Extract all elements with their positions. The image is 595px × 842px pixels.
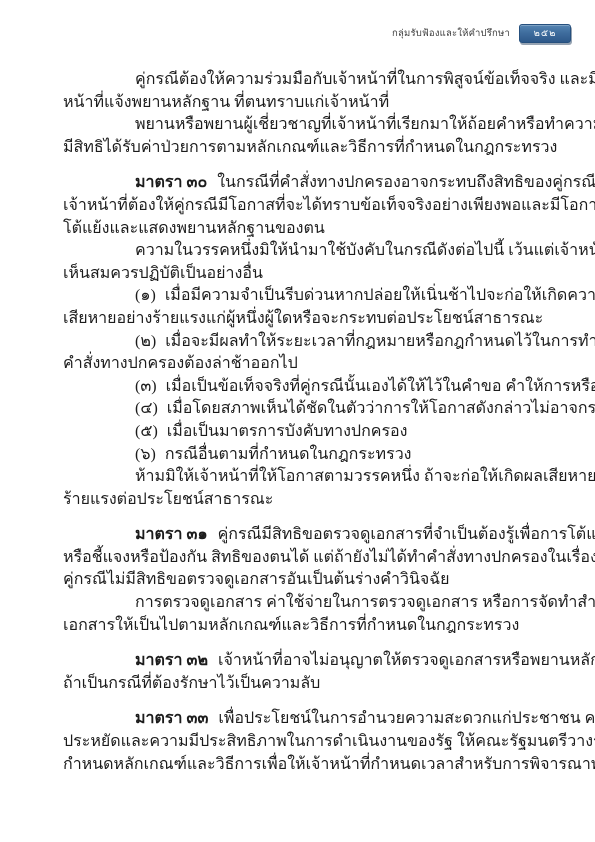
para-witness-fees: พยานหรือพยานผู้เชี่ยวชาญที่เจ้าหน้าที่เร… xyxy=(63,114,533,159)
item-3: (๓)เมื่อเป็นข้อเท็จจริงที่คู่กรณีนั้นเอง… xyxy=(63,376,533,399)
para-duty-cooperate-line-1: คู่กรณีต้องให้ความร่วมมือกับเจ้าหน้าที่ใ… xyxy=(63,69,533,92)
item-number: (๑) xyxy=(135,287,156,304)
section-33-line-1: มาตรา ๓๓เพื่อประโยชน์ในการอำนวยความสะดวก… xyxy=(63,708,533,731)
para-inspection-costs: การตรวจดูเอกสาร ค่าใช้จ่ายในการตรวจดูเอก… xyxy=(63,592,533,637)
para-inspection-costs-line-2: เอกสารให้เป็นไปตามหลักเกณฑ์และวิธีการที่… xyxy=(63,615,533,638)
section-30-line-3: โต้แย้งและแสดงพยานหลักฐานของตน xyxy=(63,218,533,241)
item-number: (๕) xyxy=(135,423,158,440)
para-section-30-prohibition-line-1: ห้ามมิให้เจ้าหน้าที่ให้โอกาสตามวรรคหนึ่ง… xyxy=(63,466,533,489)
section-30-line-2: เจ้าหน้าที่ต้องให้คู่กรณีมีโอกาสที่จะได้… xyxy=(63,195,533,218)
section-number: มาตรา ๓๑ xyxy=(135,526,208,543)
item-1-line-2: เสียหายอย่างร้ายแรงแก่ผู้หนึ่งผู้ใดหรือจ… xyxy=(63,308,533,331)
para-section-30-exceptions-intro: ความในวรรคหนึ่งมิให้นำมาใช้บังคับในกรณีด… xyxy=(63,240,533,285)
item-1: (๑)เมื่อมีความจำเป็นรีบด่วนหากปล่อยให้เน… xyxy=(63,285,533,330)
document-content: คู่กรณีต้องให้ความร่วมมือกับเจ้าหน้าที่ใ… xyxy=(63,69,533,776)
para-section-30-exceptions-intro-line-2: เห็นสมควรปฏิบัติเป็นอย่างอื่น xyxy=(63,263,533,286)
item-4: (๔)เมื่อโดยสภาพเห็นได้ชัดในตัวว่าการให้โ… xyxy=(63,398,533,421)
page-header: กลุ่มรับฟ้องและให้คำปรึกษา ๒๕๒ xyxy=(0,24,571,43)
para-duty-cooperate: คู่กรณีต้องให้ความร่วมมือกับเจ้าหน้าที่ใ… xyxy=(63,69,533,114)
para-duty-cooperate-line-2: หน้าที่แจ้งพยานหลักฐาน ที่ตนทราบแก่เจ้าห… xyxy=(63,92,533,115)
section-33: มาตรา ๓๓เพื่อประโยชน์ในการอำนวยความสะดวก… xyxy=(63,708,533,776)
item-6-line-1: (๖)กรณีอื่นตามที่กำหนดในกฎกระทรวง xyxy=(63,444,533,467)
section-32-line-1: มาตรา ๓๒เจ้าหน้าที่อาจไม่อนุญาตให้ตรวจดู… xyxy=(63,650,533,673)
page-number-badge: ๒๕๒ xyxy=(519,24,571,43)
section-number: มาตรา ๓๓ xyxy=(135,710,208,727)
para-inspection-costs-line-1: การตรวจดูเอกสาร ค่าใช้จ่ายในการตรวจดูเอก… xyxy=(63,592,533,615)
item-2-line-2: คำสั่งทางปกครองต้องล่าช้าออกไป xyxy=(63,353,533,376)
item-3-line-1: (๓)เมื่อเป็นข้อเท็จจริงที่คู่กรณีนั้นเอง… xyxy=(63,376,533,399)
para-witness-fees-line-1: พยานหรือพยานผู้เชี่ยวชาญที่เจ้าหน้าที่เร… xyxy=(63,114,533,137)
item-2: (๒)เมื่อจะมีผลทำให้ระยะเวลาที่กฎหมายหรือ… xyxy=(63,331,533,376)
section-number: มาตรา ๓๒ xyxy=(135,652,208,669)
para-section-30-prohibition-line-2: ร้ายแรงต่อประโยชน์สาธารณะ xyxy=(63,489,533,512)
para-section-30-prohibition: ห้ามมิให้เจ้าหน้าที่ให้โอกาสตามวรรคหนึ่ง… xyxy=(63,466,533,511)
section-31-line-3: คู่กรณีไม่มีสิทธิขอตรวจดูเอกสารอันเป็นต้… xyxy=(63,569,533,592)
section-31: มาตรา ๓๑คู่กรณีมีสิทธิขอตรวจดูเอกสารที่จ… xyxy=(63,524,533,592)
section-32: มาตรา ๓๒เจ้าหน้าที่อาจไม่อนุญาตให้ตรวจดู… xyxy=(63,650,533,695)
item-number: (๔) xyxy=(135,400,158,417)
item-number: (๓) xyxy=(135,378,157,395)
section-30-line-1: มาตรา ๓๐ในกรณีที่คำสั่งทางปกครองอาจกระทบ… xyxy=(63,172,533,195)
item-4-line-1: (๔)เมื่อโดยสภาพเห็นได้ชัดในตัวว่าการให้โ… xyxy=(63,398,533,421)
section-33-line-2: ประหยัดและความมีประสิทธิภาพในการดำเนินงา… xyxy=(63,731,533,754)
item-number: (๒) xyxy=(135,333,156,350)
item-1-line-1: (๑)เมื่อมีความจำเป็นรีบด่วนหากปล่อยให้เน… xyxy=(63,285,533,308)
header-group-label: กลุ่มรับฟ้องและให้คำปรึกษา xyxy=(392,26,510,41)
section-31-line-2: หรือชี้แจงหรือป้องกัน สิทธิของตนได้ แต่ถ… xyxy=(63,547,533,570)
section-33-line-3: กำหนดหลักเกณฑ์และวิธีการเพื่อให้เจ้าหน้า… xyxy=(63,754,533,777)
item-6: (๖)กรณีอื่นตามที่กำหนดในกฎกระทรวง xyxy=(63,444,533,467)
section-30: มาตรา ๓๐ในกรณีที่คำสั่งทางปกครองอาจกระทบ… xyxy=(63,172,533,240)
section-32-line-2: ถ้าเป็นกรณีที่ต้องรักษาไว้เป็นความลับ xyxy=(63,673,533,696)
section-number: มาตรา ๓๐ xyxy=(135,174,207,191)
section-31-line-1: มาตรา ๓๑คู่กรณีมีสิทธิขอตรวจดูเอกสารที่จ… xyxy=(63,524,533,547)
item-2-line-1: (๒)เมื่อจะมีผลทำให้ระยะเวลาที่กฎหมายหรือ… xyxy=(63,331,533,354)
para-section-30-exceptions-intro-line-1: ความในวรรคหนึ่งมิให้นำมาใช้บังคับในกรณีด… xyxy=(63,240,533,263)
para-witness-fees-line-2: มีสิทธิได้รับค่าป่วยการตามหลักเกณฑ์และวิ… xyxy=(63,137,533,160)
document-page: กลุ่มรับฟ้องและให้คำปรึกษา ๒๕๒ คู่กรณีต้… xyxy=(0,0,595,842)
item-5: (๕)เมื่อเป็นมาตรการบังคับทางปกครอง xyxy=(63,421,533,444)
item-number: (๖) xyxy=(135,446,156,463)
item-5-line-1: (๕)เมื่อเป็นมาตรการบังคับทางปกครอง xyxy=(63,421,533,444)
